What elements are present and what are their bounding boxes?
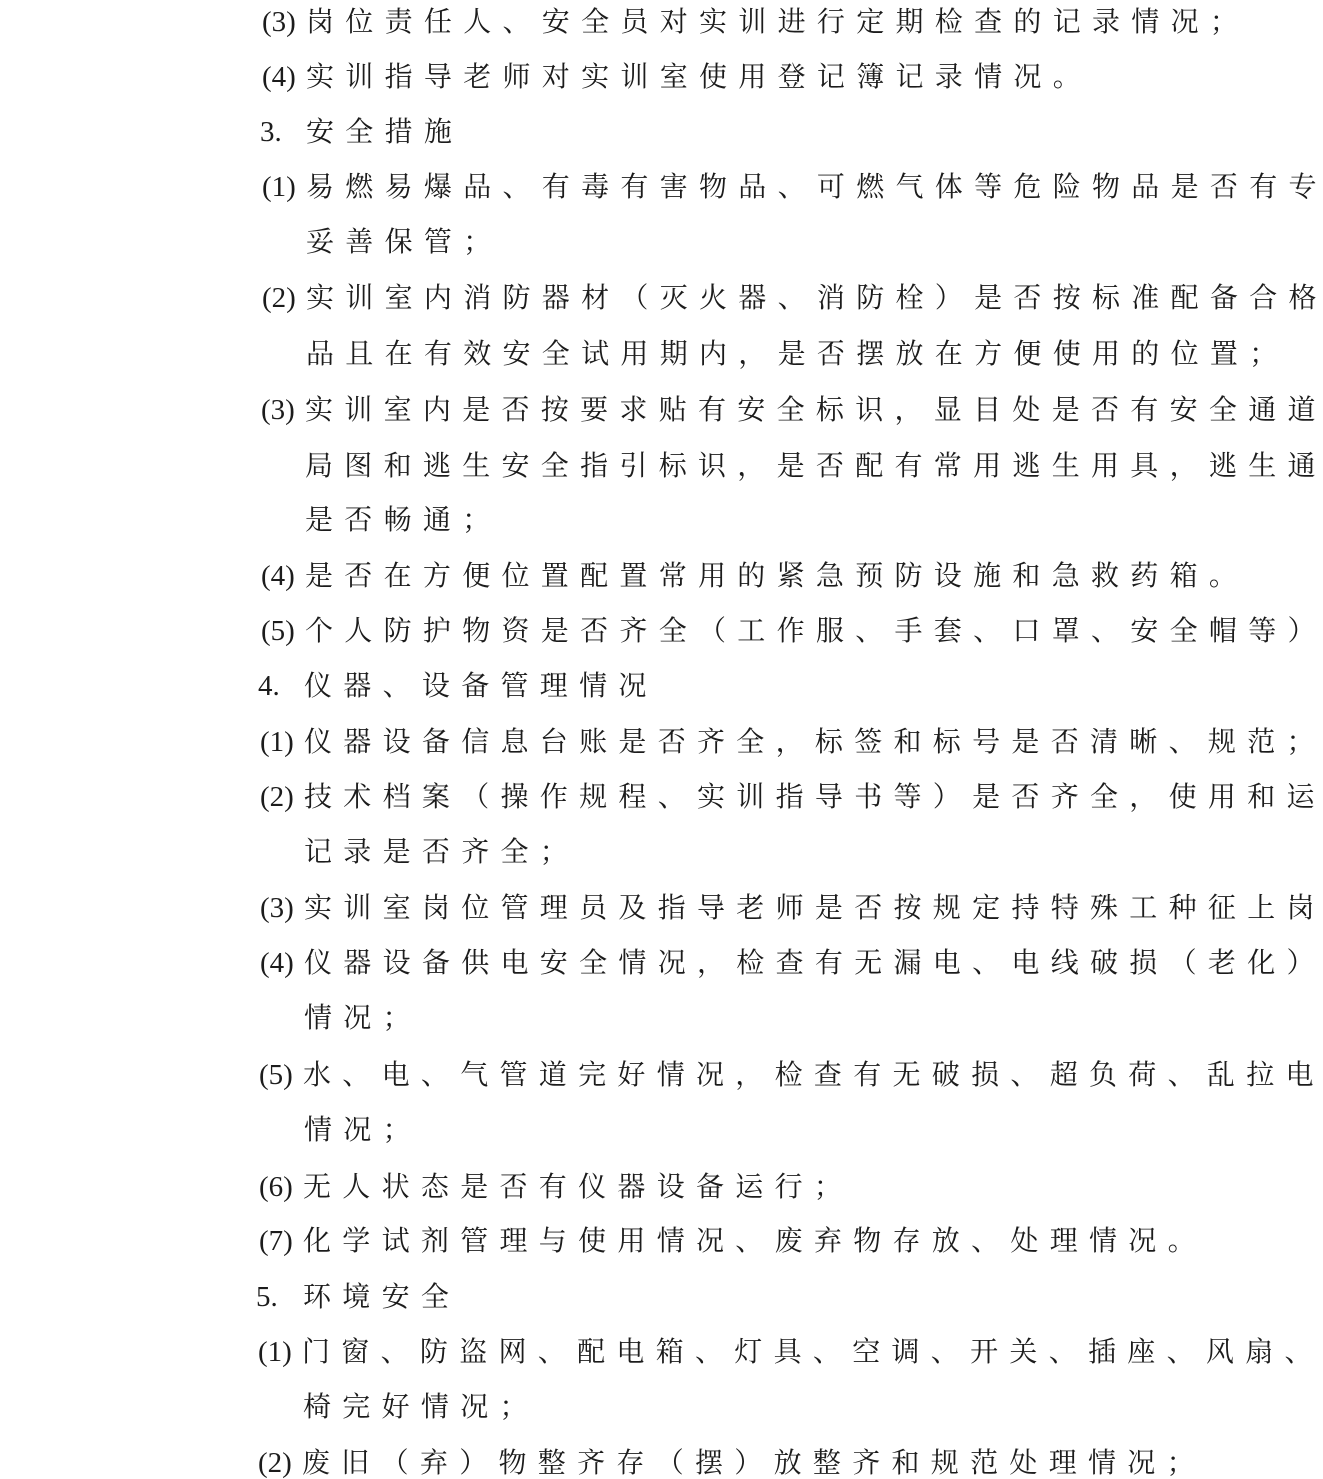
- item-text: 门窗、防盗网、配电箱、灯具、空调、开关、插座、风扇、桌: [302, 1332, 1323, 1372]
- item-marker: (5): [261, 611, 295, 651]
- item-text: 情况；: [304, 1110, 422, 1150]
- item-text: 是否畅通；: [305, 500, 502, 540]
- section-number: 5.: [256, 1277, 278, 1317]
- item-marker: (1): [262, 167, 296, 207]
- item-text: 无人状态是否有仪器设备运行；: [303, 1167, 853, 1207]
- item-marker: (2): [262, 278, 296, 318]
- document-page: (3) 岗位责任人、安全员对实训进行定期检查的记录情况； (4) 实训指导老师对…: [0, 0, 1323, 1479]
- item-text: 个人防护物资是否齐全（工作服、手套、口罩、安全帽等）: [305, 611, 1323, 651]
- item-text: 椅完好情况；: [303, 1387, 539, 1427]
- item-text: 技术档案（操作规程、实训指导书等）是否齐全，使用和运行: [304, 777, 1323, 817]
- item-text: 实训指导老师对实训室使用登记簿记录情况。: [306, 57, 1092, 97]
- item-marker: (2): [258, 1443, 292, 1479]
- item-text: 岗位责任人、安全员对实训进行定期检查的记录情况；: [306, 2, 1249, 42]
- item-text: 情况；: [304, 998, 422, 1038]
- item-marker: (3): [261, 390, 295, 430]
- item-marker: (4): [262, 57, 296, 97]
- item-marker: (6): [259, 1167, 293, 1207]
- item-marker: (5): [259, 1055, 293, 1095]
- item-marker: (3): [262, 2, 296, 42]
- item-marker: (7): [259, 1221, 293, 1261]
- item-text: 实训室岗位管理员及指导老师是否按规定持特殊工种征上岗；: [304, 888, 1323, 928]
- item-text: 实训室内消防器材（灭火器、消防栓）是否按标准配备合格产: [306, 278, 1323, 318]
- item-text: 局图和逃生安全指引标识，是否配有常用逃生用具，逃生通道: [305, 446, 1323, 486]
- item-text: 易燃易爆品、有毒有害物品、可燃气体等危险物品是否有专人: [306, 167, 1323, 207]
- section-number: 4.: [258, 666, 280, 706]
- item-text: 记录是否齐全；: [304, 832, 579, 872]
- item-text: 实训室内是否按要求贴有安全标识，显目处是否有安全通道布: [305, 390, 1323, 430]
- item-text: 水、电、气管道完好情况，检查有无破损、超负荷、乱拉电等: [303, 1055, 1323, 1095]
- item-marker: (1): [258, 1332, 292, 1372]
- section-title: 仪器、设备管理情况: [304, 666, 658, 706]
- item-text: 仪器设备供电安全情况，检查有无漏电、电线破损（老化）的: [304, 943, 1323, 983]
- item-marker: (4): [261, 556, 295, 596]
- item-marker: (3): [260, 888, 294, 928]
- section-number: 3.: [260, 112, 282, 152]
- section-title: 安全措施: [306, 112, 463, 152]
- item-text: 仪器设备信息台账是否齐全，标签和标号是否清晰、规范；: [304, 722, 1323, 762]
- item-marker: (2): [260, 777, 294, 817]
- item-marker: (1): [260, 722, 294, 762]
- section-title: 环境安全: [303, 1277, 460, 1317]
- item-text: 妥善保管；: [306, 222, 503, 262]
- item-text: 品且在有效安全试用期内，是否摆放在方便使用的位置；: [306, 334, 1289, 374]
- item-marker: (4): [260, 943, 294, 983]
- item-text: 化学试剂管理与使用情况、废弃物存放、处理情况。: [303, 1221, 1207, 1261]
- item-text: 是否在方便位置配置常用的紧急预防设施和急救药箱。: [305, 556, 1248, 596]
- item-text: 废旧（弃）物整齐存（摆）放整齐和规范处理情况；: [302, 1443, 1206, 1479]
